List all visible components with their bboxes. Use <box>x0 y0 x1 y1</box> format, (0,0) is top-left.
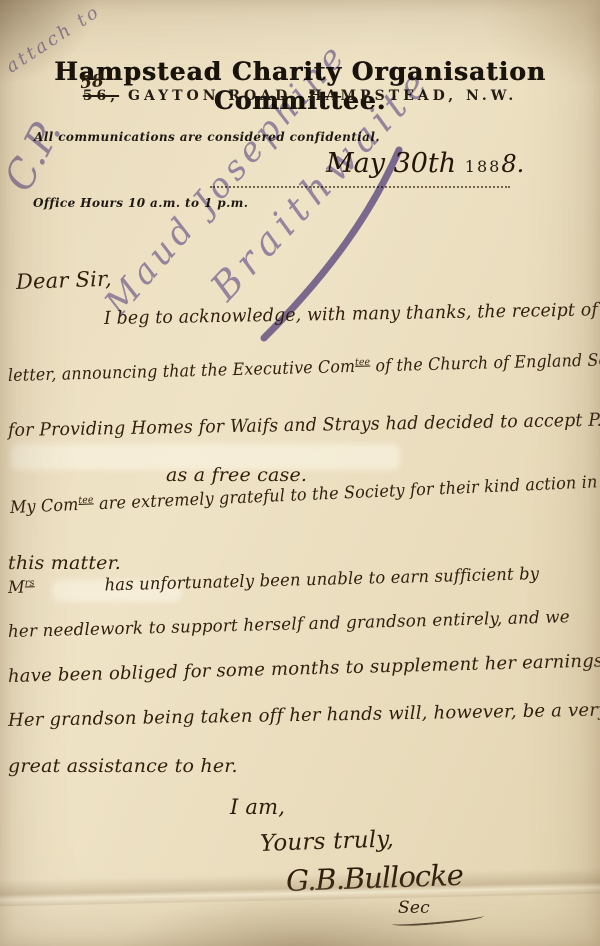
signature-title: Sec <box>398 898 430 918</box>
date-printed-year: 188 <box>465 157 502 176</box>
street-number-corrected: 58 <box>79 71 105 93</box>
line-text: her needlework to support herself and gr… <box>8 607 570 642</box>
fold-crease <box>0 868 600 907</box>
line-text: have been obliged for some months to sup… <box>8 650 600 687</box>
line-text: My Com <box>10 495 79 518</box>
salutation: Dear Sir, <box>16 267 113 294</box>
closing-i-am: I am, <box>230 795 285 819</box>
letter-line: great assistance to her. <box>8 755 238 777</box>
letter-line: for Providing Homes for Waifs and Strays… <box>8 410 600 441</box>
line-text: Her grandson being taken off her hands w… <box>8 700 600 731</box>
letter-line: letter, announcing that the Executive Co… <box>8 349 600 386</box>
letter-line: her needlework to support herself and gr… <box>8 607 570 642</box>
line-text: M <box>8 578 25 598</box>
letter-line: I beg to acknowledge, with many thanks, … <box>104 299 600 329</box>
free-case-line: as a free case. <box>166 464 307 486</box>
superscript-abbrev: tee <box>355 357 370 368</box>
superscript-abbrev: tee <box>78 495 94 507</box>
line-text: of the Church of England Society <box>370 349 600 376</box>
line-text: great assistance to her. <box>8 755 238 777</box>
line-text: this matter. <box>8 552 121 574</box>
letter-line: have been obliged for some months to sup… <box>8 650 600 687</box>
line-text: letter, announcing that the Executive Co… <box>8 357 356 386</box>
line-text: as a free case. <box>166 464 307 486</box>
date-handwritten-year: 8. <box>501 150 524 178</box>
letter-page: Hampstead Charity Organisation Committee… <box>0 0 600 946</box>
letter-line: Her grandson being taken off her hands w… <box>8 700 600 731</box>
letter-line: this matter. <box>8 552 121 574</box>
line-text: I beg to acknowledge, with many thanks, … <box>104 299 600 329</box>
closing-yours-truly: Yours truly, <box>260 826 395 857</box>
annotation-corner-initials: C.P. <box>0 112 71 198</box>
line-text: for Providing Homes for Waifs and Strays… <box>8 410 600 441</box>
street-number: 58 56, <box>83 88 119 104</box>
superscript-abbrev: rs <box>25 578 35 589</box>
